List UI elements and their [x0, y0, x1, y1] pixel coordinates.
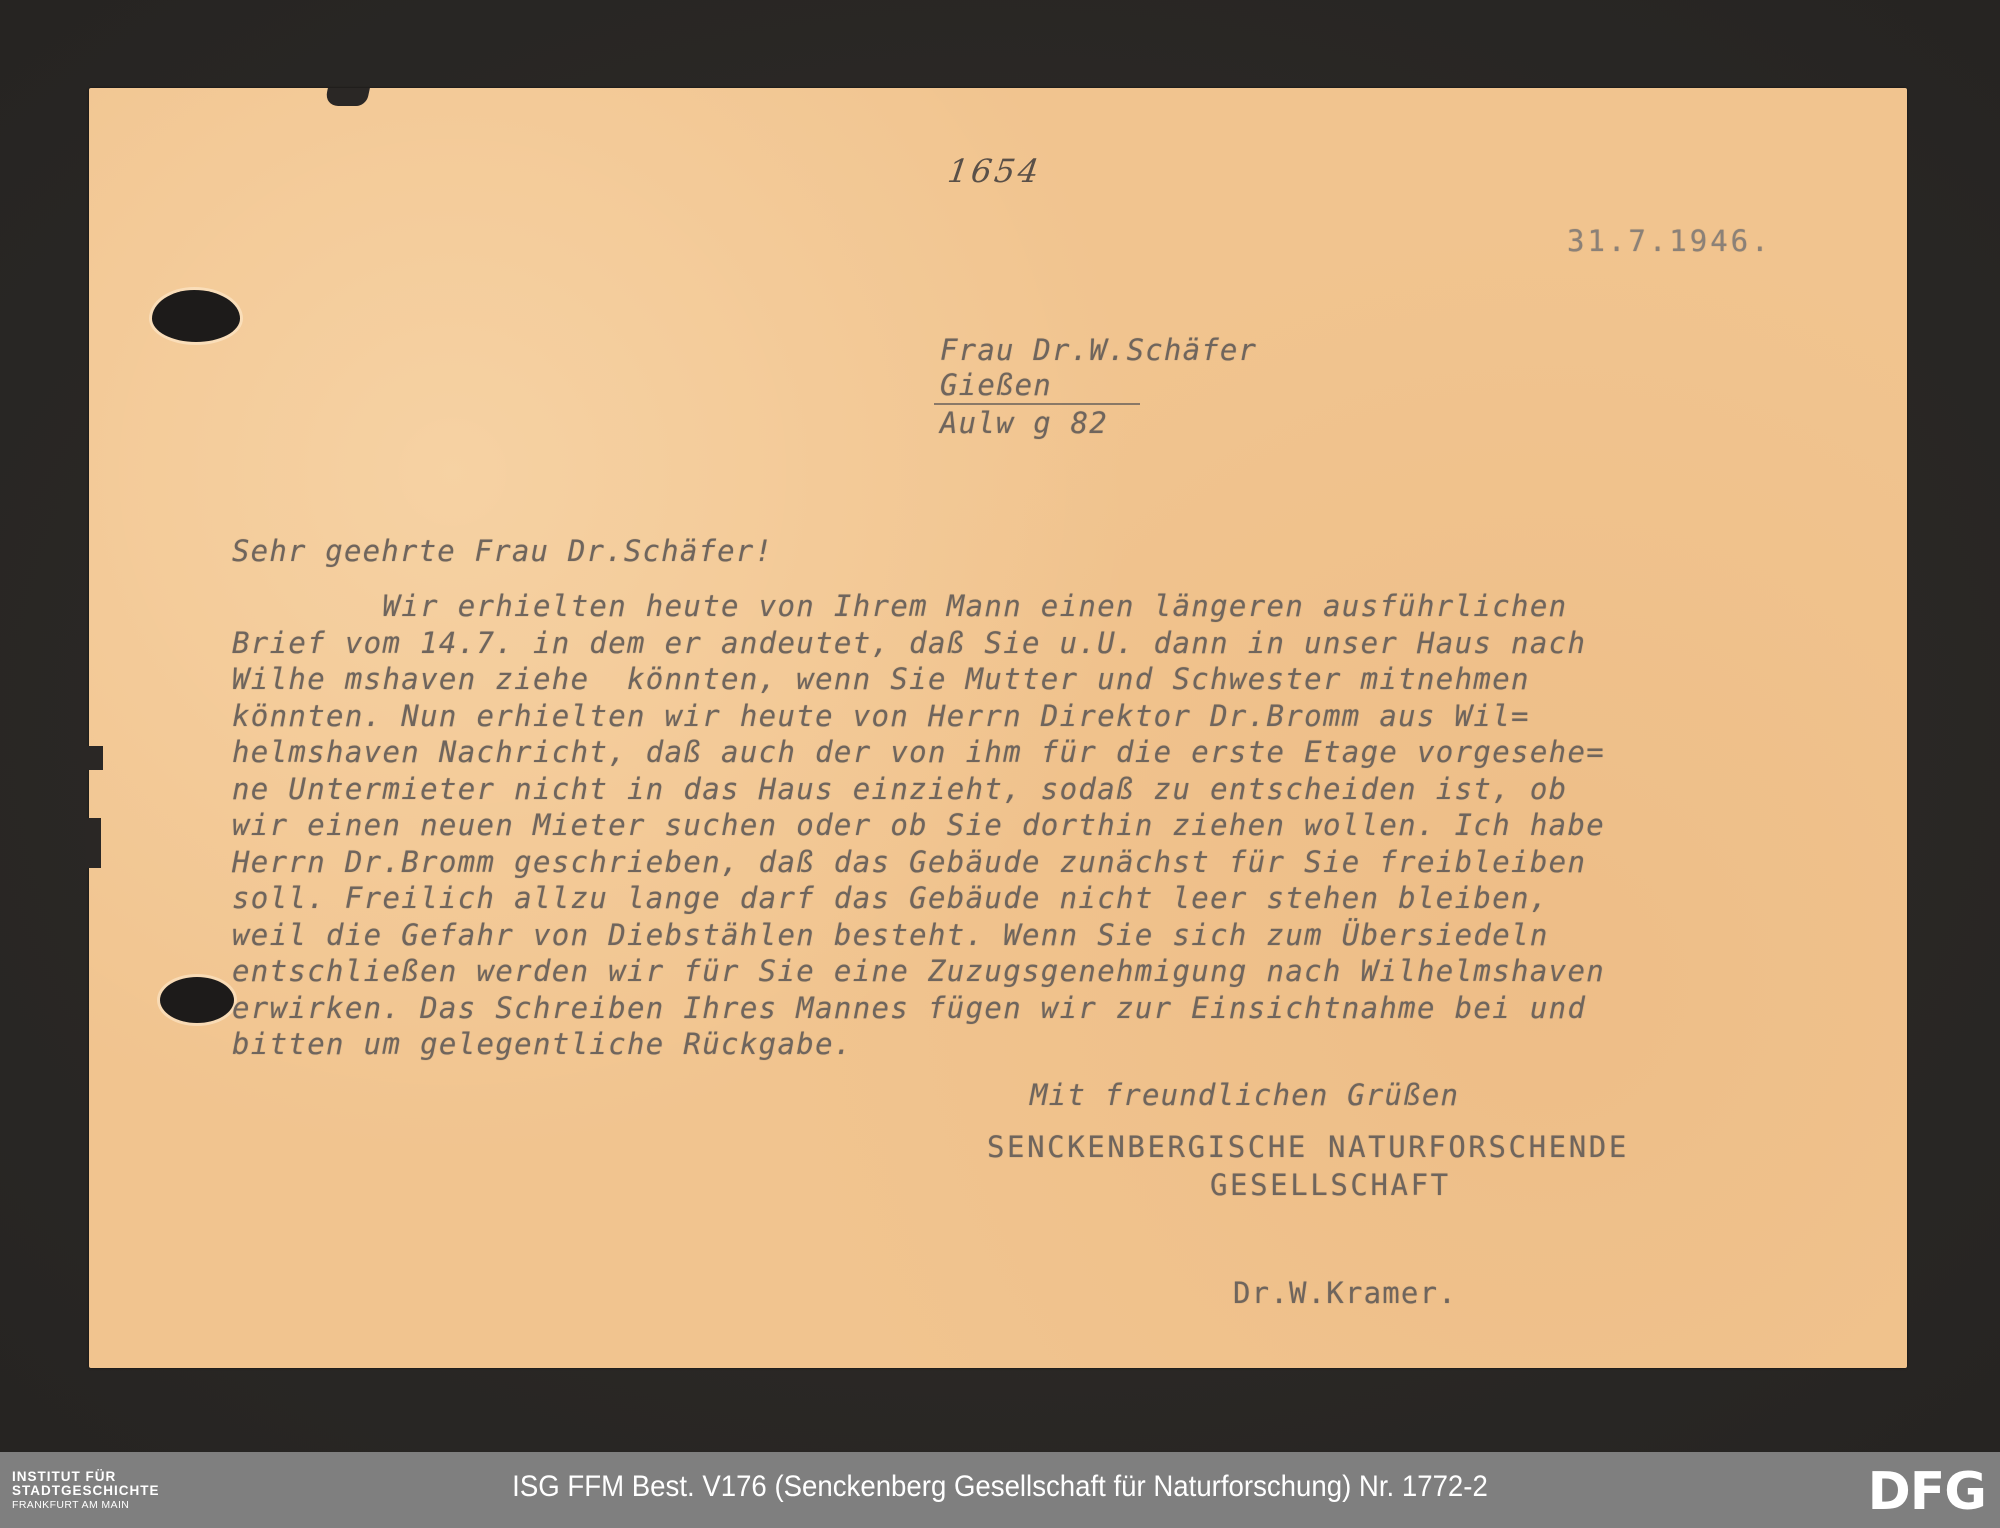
letter-date: 31.7.1946.: [1567, 224, 1772, 258]
dfg-logo-icon: DFG: [1868, 1464, 1986, 1520]
body-line: Wir erhielten heute von Ihrem Mann einen…: [232, 588, 1605, 625]
paper-tear: [324, 88, 370, 106]
body-line: wir einen neuen Mieter suchen oder ob Si…: [232, 807, 1605, 844]
archive-caption: ISG FFM Best. V176 (Senckenberg Gesellsc…: [80, 1470, 1920, 1504]
body-line: soll. Freilich allzu lange darf das Gebä…: [232, 880, 1605, 917]
body-line: Herrn Dr.Bromm geschrieben, daß das Gebä…: [232, 844, 1605, 881]
organization-name-line2: GESELLSCHAFT: [1210, 1168, 1451, 1202]
recipient-street: Aulw g 82: [940, 406, 1108, 440]
body-line: weil die Gefahr von Diebstählen besteht.…: [232, 917, 1605, 954]
body-line: helmshaven Nachricht, daß auch der von i…: [232, 734, 1605, 771]
edge-mark: [86, 746, 103, 770]
body-line: ne Untermieter nicht in das Haus einzieh…: [232, 771, 1605, 808]
address-underline: [934, 403, 1140, 405]
signer-name: Dr.W.Kramer.: [1233, 1276, 1457, 1310]
punch-hole-bottom: [160, 977, 234, 1023]
punch-hole-top: [152, 290, 240, 342]
letter-body: Wir erhielten heute von Ihrem Mann einen…: [232, 588, 1605, 1063]
archive-footer-bar: INSTITUT FÜR STADTGESCHICHTE FRANKFURT A…: [0, 1452, 2000, 1528]
recipient-city: Gießen: [940, 368, 1052, 402]
recipient-name: Frau Dr.W.Schäfer: [940, 333, 1257, 367]
body-line: bitten um gelegentliche Rückgabe.: [232, 1026, 1605, 1063]
body-line: entschließen werden wir für Sie eine Zuz…: [232, 953, 1605, 990]
salutation: Sehr geehrte Frau Dr.Schäfer!: [232, 534, 773, 568]
organization-name-line1: SENCKENBERGISCHE NATURFORSCHENDE: [987, 1130, 1629, 1164]
closing-formula: Mit freundlichen Grüßen: [1030, 1078, 1459, 1112]
edge-mark: [86, 818, 101, 868]
body-line: könnten. Nun erhielten wir heute von Her…: [232, 698, 1605, 735]
body-line: erwirken. Das Schreiben Ihres Mannes füg…: [232, 990, 1605, 1027]
archive-number: 1654: [945, 152, 1044, 190]
body-line: Wilhe mshaven ziehe könnten, wenn Sie Mu…: [232, 661, 1605, 698]
body-line: Brief vom 14.7. in dem er andeutet, daß …: [232, 625, 1605, 662]
